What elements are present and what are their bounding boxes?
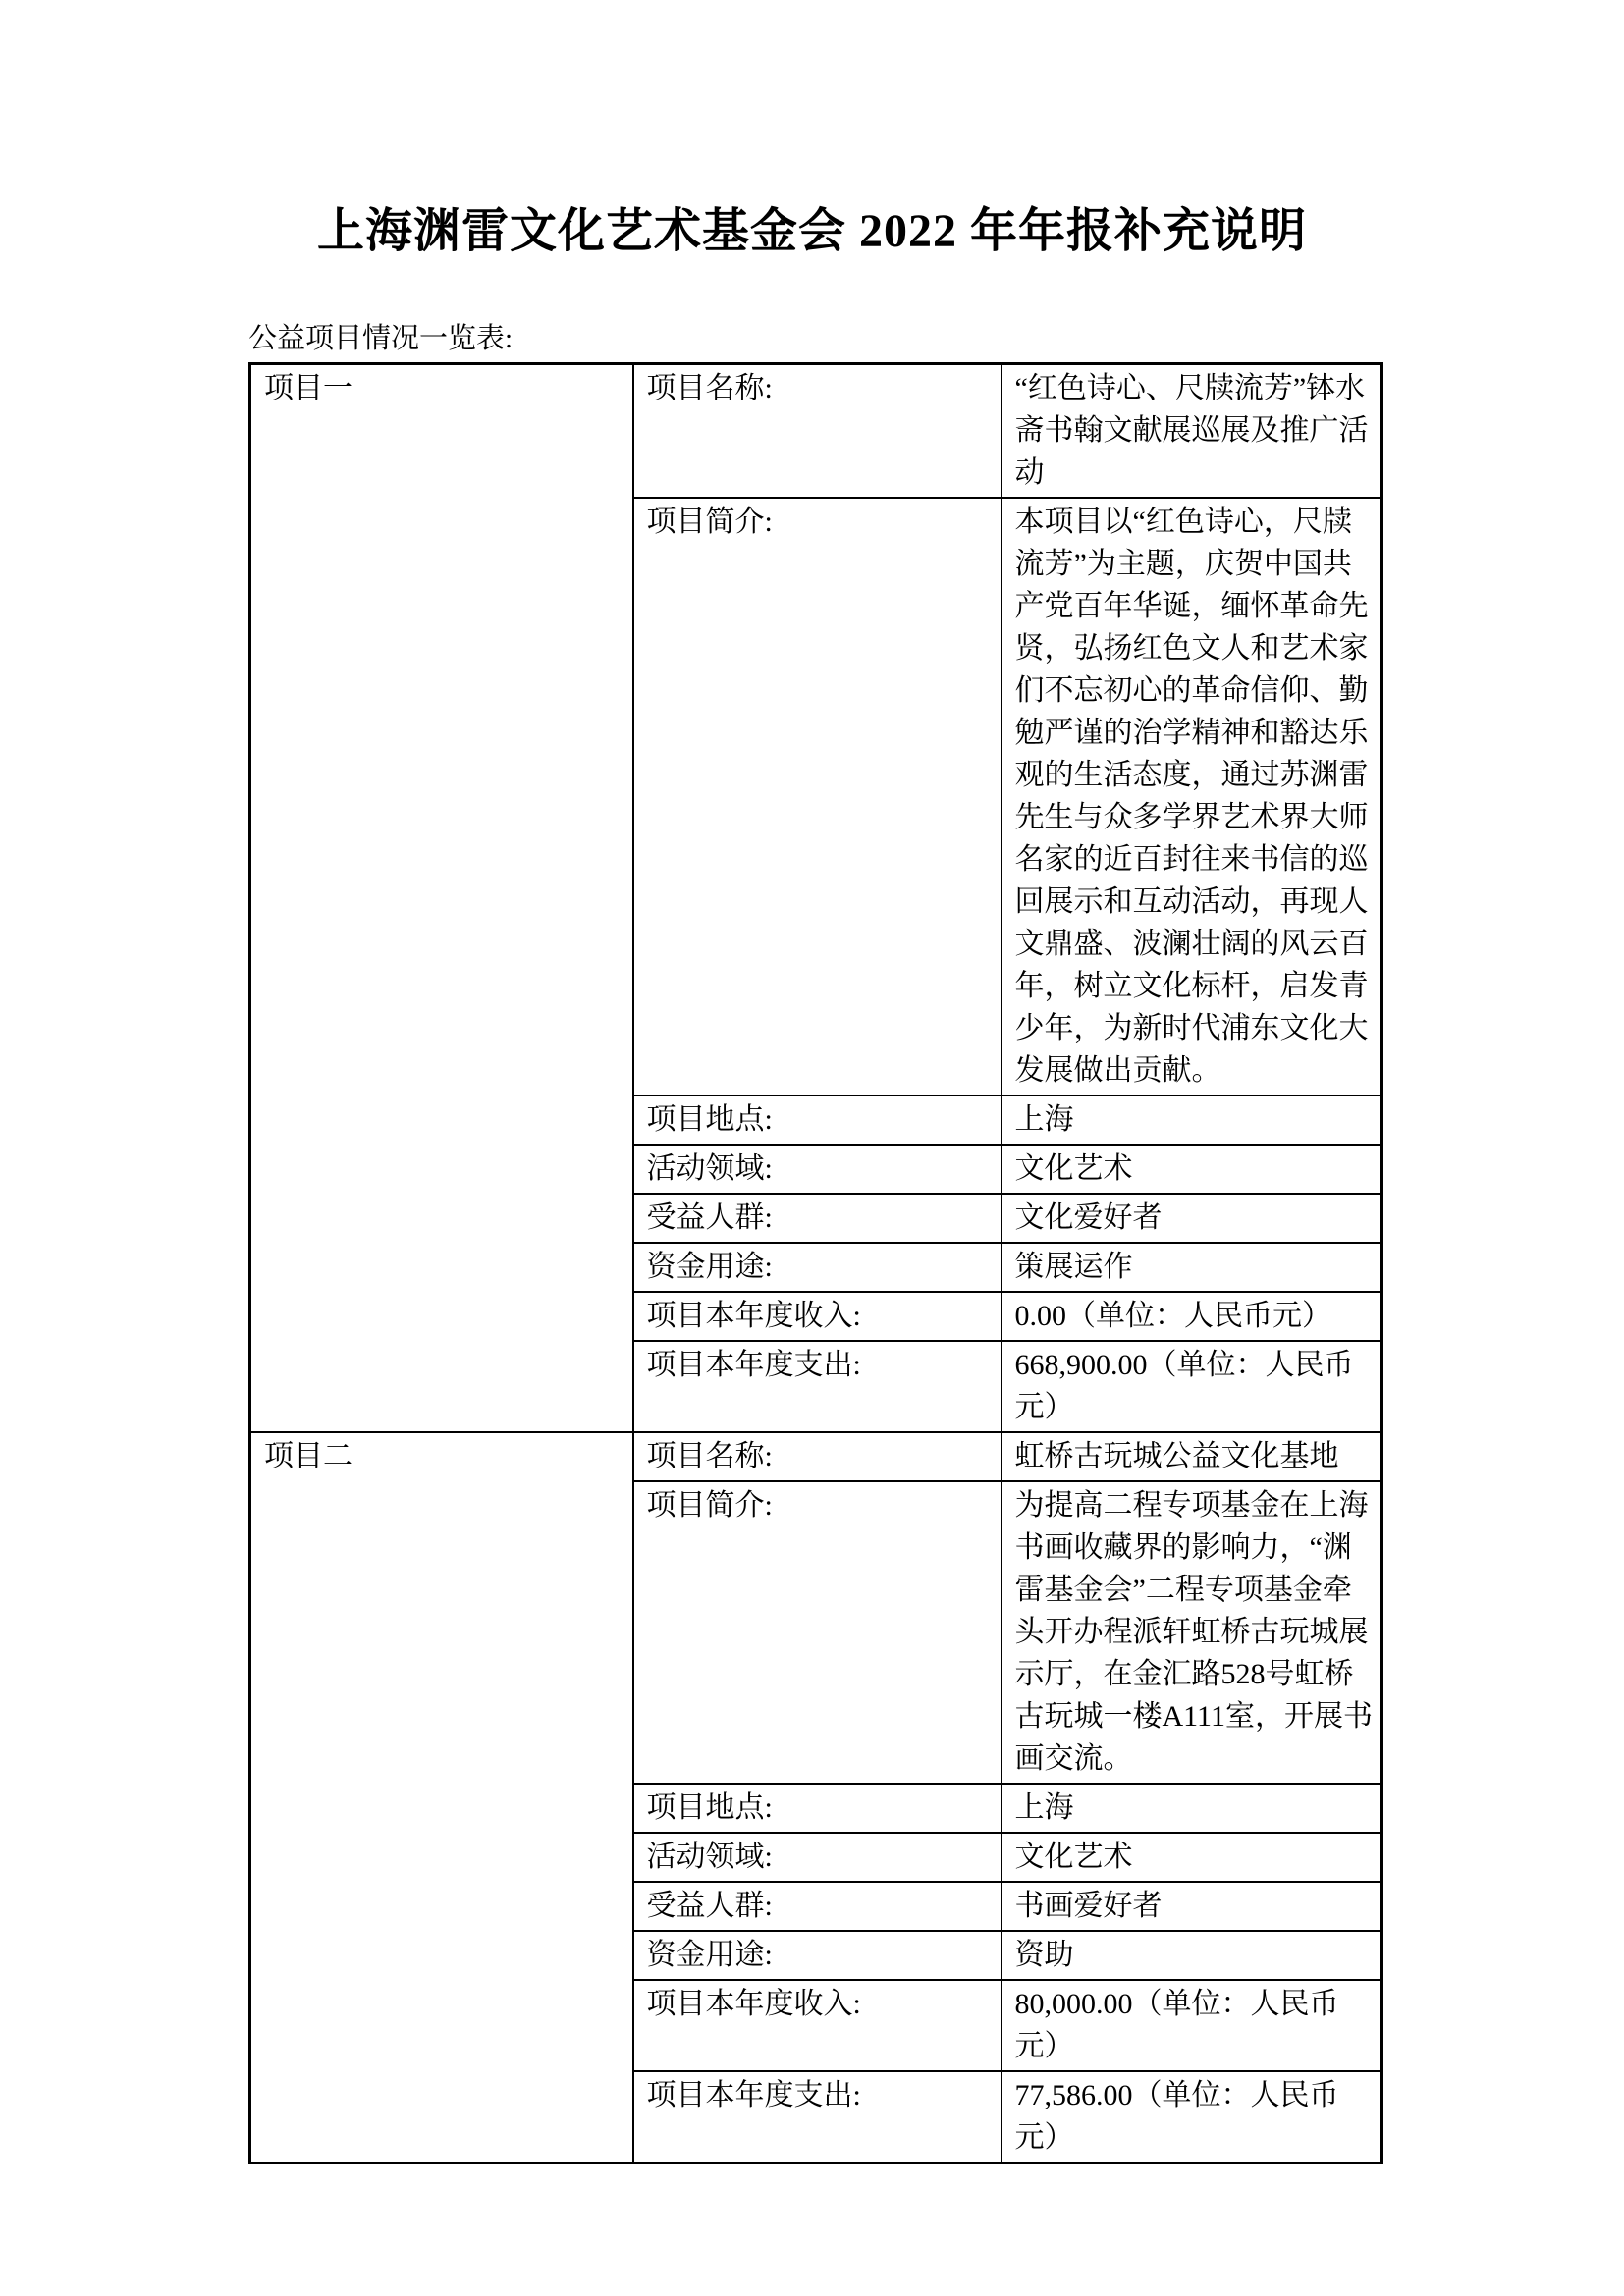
table-caption: 公益项目情况一览表: [248, 322, 1624, 355]
project-2-location-label: 项目地点: [633, 1784, 1001, 1833]
project-2-id-cell: 项目二 [250, 1432, 633, 2163]
document-page: 上海渊雷文化艺术基金会 2022 年年报补充说明 公益项目情况一览表: 项目一 … [0, 0, 1624, 2296]
project-1-name-label: 项目名称: [633, 364, 1001, 499]
project-2-income-value: 80,000.00（单位：人民币元） [1001, 1980, 1382, 2071]
project-2-expense-label: 项目本年度支出: [633, 2071, 1001, 2163]
project-1-name-value: “红色诗心、尺牍流芳”钵水斋书翰文献展巡展及推广活动 [1001, 364, 1382, 499]
project-1-field-value: 文化艺术 [1001, 1145, 1382, 1194]
project-2-beneficiary-label: 受益人群: [633, 1882, 1001, 1931]
table-row: 项目一 项目名称: “红色诗心、尺牍流芳”钵水斋书翰文献展巡展及推广活动 [250, 364, 1382, 499]
project-2-field-label: 活动领域: [633, 1833, 1001, 1882]
project-1-income-value: 0.00（单位：人民币元） [1001, 1292, 1382, 1341]
project-2-name-label: 项目名称: [633, 1432, 1001, 1481]
table-row: 项目二 项目名称: 虹桥古玩城公益文化基地 [250, 1432, 1382, 1481]
project-2-fund-use-value: 资助 [1001, 1931, 1382, 1980]
project-2-intro-label: 项目简介: [633, 1481, 1001, 1784]
project-1-id-cell: 项目一 [250, 364, 633, 1433]
project-1-fund-use-label: 资金用途: [633, 1243, 1001, 1292]
project-1-beneficiary-label: 受益人群: [633, 1194, 1001, 1243]
project-2-field-value: 文化艺术 [1001, 1833, 1382, 1882]
project-1-expense-label: 项目本年度支出: [633, 1341, 1001, 1432]
project-1-location-value: 上海 [1001, 1095, 1382, 1145]
project-1-location-label: 项目地点: [633, 1095, 1001, 1145]
project-1-expense-value: 668,900.00（单位：人民币元） [1001, 1341, 1382, 1432]
project-2-intro-value: 为提高二程专项基金在上海书画收藏界的影响力，“渊雷基金会”二程专项基金牵头开办程… [1001, 1481, 1382, 1784]
project-2-name-value: 虹桥古玩城公益文化基地 [1001, 1432, 1382, 1481]
project-2-income-label: 项目本年度收入: [633, 1980, 1001, 2071]
project-1-field-label: 活动领域: [633, 1145, 1001, 1194]
page-title: 上海渊雷文化艺术基金会 2022 年年报补充说明 [0, 0, 1624, 261]
project-1-beneficiary-value: 文化爱好者 [1001, 1194, 1382, 1243]
projects-table: 项目一 项目名称: “红色诗心、尺牍流芳”钵水斋书翰文献展巡展及推广活动 项目简… [248, 362, 1383, 2164]
project-1-intro-value: 本项目以“红色诗心，尺牍流芳”为主题，庆贺中国共产党百年华诞，缅怀革命先贤，弘扬… [1001, 498, 1382, 1095]
project-2-fund-use-label: 资金用途: [633, 1931, 1001, 1980]
project-1-fund-use-value: 策展运作 [1001, 1243, 1382, 1292]
project-1-income-label: 项目本年度收入: [633, 1292, 1001, 1341]
project-1-intro-label: 项目简介: [633, 498, 1001, 1095]
project-2-expense-value: 77,586.00（单位：人民币元） [1001, 2071, 1382, 2163]
project-2-location-value: 上海 [1001, 1784, 1382, 1833]
project-2-beneficiary-value: 书画爱好者 [1001, 1882, 1382, 1931]
